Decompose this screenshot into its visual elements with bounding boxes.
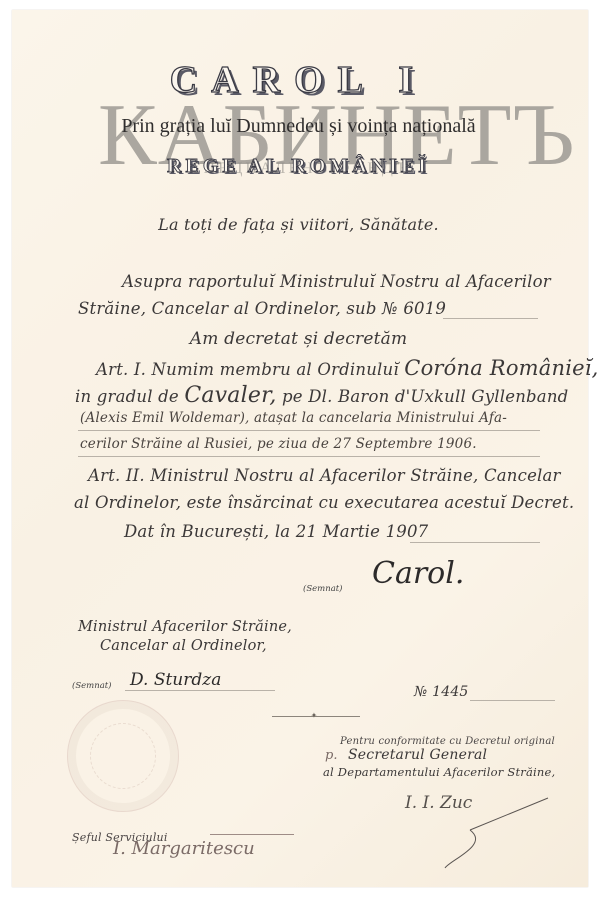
article-1-line-4: cerilor Străine al Rusiei, pe ziua de 27…	[80, 436, 477, 452]
signature-stroke	[210, 834, 294, 835]
certification-line-2: Secretarul General	[348, 747, 487, 763]
divine-grace-formula: Prin grația luĭ Dumnedeu și voința națio…	[0, 115, 597, 138]
decree-formula: Am decretat și decretăm	[0, 329, 597, 349]
royal-signature: Carol.	[372, 556, 464, 591]
fill-rule	[443, 318, 538, 319]
minister-signature: D. Sturdza	[130, 670, 221, 690]
order-rank: Cavaler,	[184, 383, 276, 408]
article-1-line-1: Art. I. Numim membru al Ordinuluĭ Coróna…	[96, 356, 597, 380]
certification-prefix: p.	[325, 748, 337, 763]
article-1-line-3: (Alexis Emil Woldemar), atașat la cancel…	[80, 410, 507, 426]
line-rule	[410, 542, 540, 543]
order-name: Coróna Românieĭ,	[404, 356, 597, 380]
king-of-romania-title: REGE AL ROMÂNIEĬ	[0, 155, 597, 178]
article-2-line-2: al Ordinelor, este însărcinat cu executa…	[74, 493, 574, 512]
report-number: 6019	[403, 299, 446, 318]
certification-line-3: al Departamentului Afacerilor Străine,	[323, 765, 555, 779]
recipient-name: pe Dl. Baron d'Uxkull Gyllenband	[282, 387, 568, 406]
registry-number: № 1445	[414, 684, 469, 700]
monarch-title: CAROL I	[0, 58, 597, 102]
divider-ornament-icon: ✦	[310, 712, 318, 720]
seal-coat-of-arms	[90, 723, 156, 789]
signature-flourish-icon	[430, 790, 550, 870]
line-rule	[78, 430, 540, 431]
greeting: La toți de fața și viitori, Sănătate.	[0, 215, 597, 234]
embossed-seal-icon	[67, 700, 179, 812]
article-1-line-2: in gradul de Cavaler, pe Dl. Baron d'Uxk…	[75, 383, 568, 408]
preamble-line-2: Străine, Cancelar al Ordinelor, sub № 60…	[78, 299, 446, 318]
signed-label-minister: (Semnat)	[72, 681, 112, 691]
line-rule	[125, 690, 275, 691]
minister-title-line-1: Ministrul Afacerilor Străine,	[78, 619, 292, 635]
preamble-text: Străine, Cancelar al Ordinelor, sub №	[78, 299, 398, 318]
preamble-line-1: Asupra raportuluĭ Ministruluĭ Nostru al …	[122, 272, 551, 291]
signed-label-royal: (Semnat)	[303, 584, 343, 594]
article-1-text: Art. I. Numim membru al Ordinuluĭ	[96, 360, 399, 379]
article-2-line-1: Art. II. Ministrul Nostru al Afacerilor …	[88, 466, 561, 485]
date-place: Dat în București, la 21 Martie 1907	[124, 522, 428, 541]
minister-title-line-2: Cancelar al Ordinelor,	[100, 638, 267, 654]
certification-line-1: Pentru conformitate cu Decretul original	[340, 736, 555, 747]
line-rule	[78, 456, 540, 457]
line-rule	[470, 700, 555, 701]
service-chief-signature: I. Margaritescu	[113, 838, 255, 859]
article-1-grade-text: in gradul de	[75, 387, 179, 406]
